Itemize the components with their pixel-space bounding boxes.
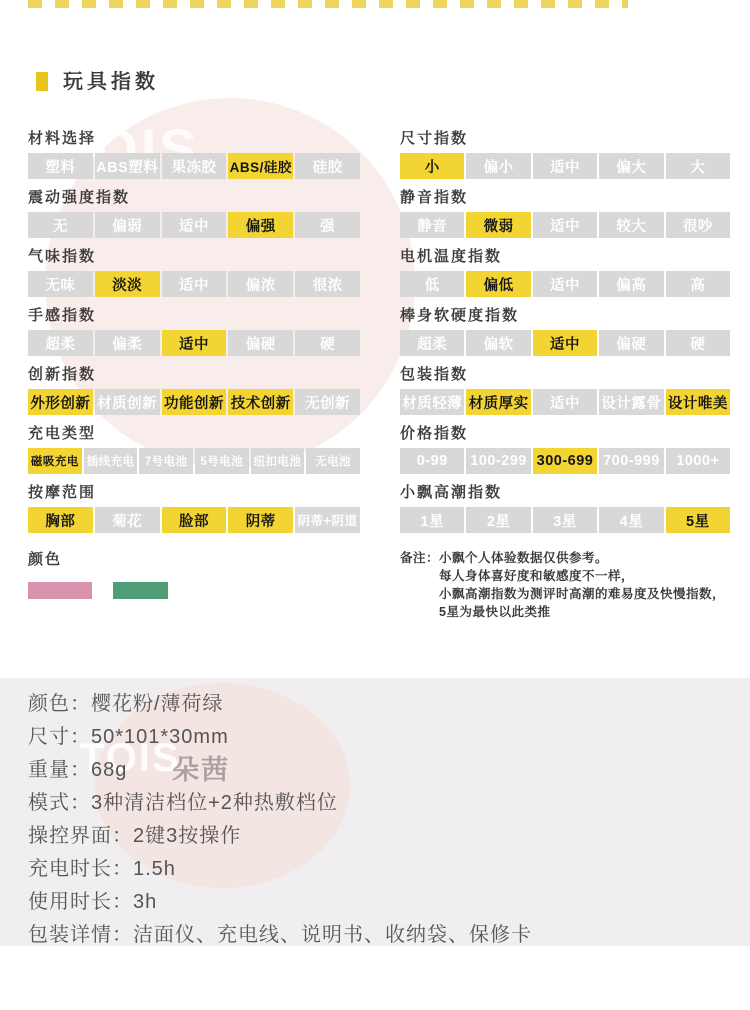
index-option: 无电池 xyxy=(306,448,360,474)
option-row: 超柔偏软适中偏硬硬 xyxy=(400,330,730,356)
section-label: 静音指数 xyxy=(400,189,730,207)
spec-line: 包装详情：洁面仪、充电线、说明书、收纳袋、保修卡 xyxy=(28,919,532,946)
index-option: 偏浓 xyxy=(228,271,293,297)
index-option: 偏柔 xyxy=(95,330,160,356)
index-option: 适中 xyxy=(533,153,597,179)
index-option: 材质创新 xyxy=(95,389,160,415)
index-option: 5号电池 xyxy=(195,448,249,474)
index-option-selected: 适中 xyxy=(162,330,227,356)
option-row: 塑料ABS塑料果冻胶ABS/硅胶硅胶 xyxy=(28,153,360,179)
option-row: 低偏低适中偏高高 xyxy=(400,271,730,297)
index-option: 0-99 xyxy=(400,448,464,474)
option-row: 超柔偏柔适中偏硬硬 xyxy=(28,330,360,356)
note-line: 小飘个人体验数据仅供参考。 xyxy=(439,549,725,567)
index-option-selected: 300-699 xyxy=(533,448,597,474)
index-option: 偏弱 xyxy=(95,212,160,238)
index-option: 塑料 xyxy=(28,153,93,179)
page-title: 玩具指数 xyxy=(63,70,159,94)
index-option: 偏大 xyxy=(599,153,663,179)
index-option: 无创新 xyxy=(295,389,360,415)
color-swatch-row xyxy=(28,582,360,599)
note-lines: 小飘个人体验数据仅供参考。每人身体喜好度和敏感度不一样，小飘高潮指数为测评时高潮… xyxy=(439,549,725,621)
note-line: 每人身体喜好度和敏感度不一样， xyxy=(439,567,725,585)
index-option: 较大 xyxy=(599,212,663,238)
index-option: 无味 xyxy=(28,271,93,297)
section-label: 电机温度指数 xyxy=(400,248,730,266)
index-option-selected: 小 xyxy=(400,153,464,179)
section-label: 小飘高潮指数 xyxy=(400,484,730,502)
index-option: 偏硬 xyxy=(599,330,663,356)
note-prefix: 备注： xyxy=(400,549,439,621)
index-option: 低 xyxy=(400,271,464,297)
index-option-selected: 阴蒂 xyxy=(228,507,293,533)
index-option: 4星 xyxy=(599,507,663,533)
index-option: 偏硬 xyxy=(228,330,293,356)
section-label: 尺寸指数 xyxy=(400,130,730,148)
spec-line: 尺寸：50*101*30mm xyxy=(28,721,532,754)
spec-line: 重量：68g xyxy=(28,754,532,787)
index-option-selected: 功能创新 xyxy=(162,389,227,415)
index-option: 超柔 xyxy=(400,330,464,356)
index-option: 很吵 xyxy=(666,212,730,238)
spec-line: 使用时长：3h xyxy=(28,886,532,919)
index-option: 硬 xyxy=(666,330,730,356)
index-option: 强 xyxy=(295,212,360,238)
swatch-green xyxy=(113,582,168,599)
option-row: 1星2星3星4星5星 xyxy=(400,507,730,533)
index-option: 适中 xyxy=(162,212,227,238)
index-option-selected: 磁吸充电 xyxy=(28,448,82,474)
index-option: 7号电池 xyxy=(139,448,193,474)
index-option-selected: 材质厚实 xyxy=(466,389,530,415)
index-option-selected: ABS/硅胶 xyxy=(228,153,293,179)
index-option: 大 xyxy=(666,153,730,179)
option-row: 磁吸充电插线充电7号电池5号电池纽扣电池无电池 xyxy=(28,448,360,474)
index-option-selected: 外形创新 xyxy=(28,389,93,415)
index-option: 插线充电 xyxy=(84,448,138,474)
index-option-selected: 5星 xyxy=(666,507,730,533)
infographic-page: TOIS 玩具指数 材料选择塑料ABS塑料果冻胶ABS/硅胶硅胶震动强度指数无偏… xyxy=(0,0,750,1010)
index-option: 100-299 xyxy=(466,448,530,474)
index-option: 阴蒂+阴道 xyxy=(295,507,360,533)
index-option: 静音 xyxy=(400,212,464,238)
section-label: 震动强度指数 xyxy=(28,189,360,207)
index-option-selected: 适中 xyxy=(533,330,597,356)
index-option: 适中 xyxy=(533,389,597,415)
note-line: 小飘高潮指数为测评时高潮的难易度及快慢指数， xyxy=(439,585,725,603)
index-option: 超柔 xyxy=(28,330,93,356)
color-section-label: 颜色 xyxy=(28,551,360,569)
index-option: 很浓 xyxy=(295,271,360,297)
swatch-pink xyxy=(28,582,92,599)
section-label: 手感指数 xyxy=(28,307,360,325)
index-option-selected: 偏低 xyxy=(466,271,530,297)
left-column: 材料选择塑料ABS塑料果冻胶ABS/硅胶硅胶震动强度指数无偏弱适中偏强强气味指数… xyxy=(28,130,360,599)
spec-panel: TOIS 朵茜 颜色：樱花粉/薄荷绿尺寸：50*101*30mm重量：68g模式… xyxy=(0,678,750,946)
index-option: 菊花 xyxy=(95,507,160,533)
index-option: 适中 xyxy=(533,271,597,297)
section-label: 棒身软硬度指数 xyxy=(400,307,730,325)
option-row: 0-99100-299300-699700-9991000+ xyxy=(400,448,730,474)
index-option: 1星 xyxy=(400,507,464,533)
index-option: 偏高 xyxy=(599,271,663,297)
section-header: 玩具指数 xyxy=(36,70,159,94)
section-label: 气味指数 xyxy=(28,248,360,266)
spec-line: 颜色：樱花粉/薄荷绿 xyxy=(28,688,532,721)
index-option: 高 xyxy=(666,271,730,297)
option-row: 无味淡淡适中偏浓很浓 xyxy=(28,271,360,297)
index-option: 无 xyxy=(28,212,93,238)
section-label: 包装指数 xyxy=(400,366,730,384)
index-option-selected: 脸部 xyxy=(162,507,227,533)
option-row: 外形创新材质创新功能创新技术创新无创新 xyxy=(28,389,360,415)
option-row: 胸部菊花脸部阴蒂阴蒂+阴道 xyxy=(28,507,360,533)
index-option: 硅胶 xyxy=(295,153,360,179)
note-block: 备注： 小飘个人体验数据仅供参考。每人身体喜好度和敏感度不一样，小飘高潮指数为测… xyxy=(400,549,730,621)
option-row: 材质轻薄材质厚实适中设计露骨设计唯美 xyxy=(400,389,730,415)
index-option-selected: 偏强 xyxy=(228,212,293,238)
index-option: 偏小 xyxy=(466,153,530,179)
index-option-selected: 胸部 xyxy=(28,507,93,533)
option-row: 静音微弱适中较大很吵 xyxy=(400,212,730,238)
index-option: 1000+ xyxy=(666,448,730,474)
section-label: 价格指数 xyxy=(400,425,730,443)
option-row: 无偏弱适中偏强强 xyxy=(28,212,360,238)
spec-line: 模式：3种清洁档位+2种热敷档位 xyxy=(28,787,532,820)
option-row: 小偏小适中偏大大 xyxy=(400,153,730,179)
title-bullet-icon xyxy=(36,72,48,91)
index-option: 材质轻薄 xyxy=(400,389,464,415)
index-option: 果冻胶 xyxy=(162,153,227,179)
index-option: 700-999 xyxy=(599,448,663,474)
index-option: 硬 xyxy=(295,330,360,356)
spec-line: 充电时长：1.5h xyxy=(28,853,532,886)
spec-list: 颜色：樱花粉/薄荷绿尺寸：50*101*30mm重量：68g模式：3种清洁档位+… xyxy=(28,688,532,946)
index-option-selected: 淡淡 xyxy=(95,271,160,297)
index-option: 2星 xyxy=(466,507,530,533)
section-label: 材料选择 xyxy=(28,130,360,148)
section-label: 充电类型 xyxy=(28,425,360,443)
section-label: 创新指数 xyxy=(28,366,360,384)
index-option: 适中 xyxy=(533,212,597,238)
right-column: 尺寸指数小偏小适中偏大大静音指数静音微弱适中较大很吵电机温度指数低偏低适中偏高高… xyxy=(400,130,730,621)
index-option-selected: 微弱 xyxy=(466,212,530,238)
index-option: 3星 xyxy=(533,507,597,533)
note-line: 5星为最快以此类推 xyxy=(439,603,725,621)
index-option: 设计露骨 xyxy=(599,389,663,415)
index-option: ABS塑料 xyxy=(95,153,160,179)
top-edge-decor xyxy=(28,0,628,8)
index-option: 偏软 xyxy=(466,330,530,356)
spec-line: 操控界面：2键3按操作 xyxy=(28,820,532,853)
index-option: 适中 xyxy=(162,271,227,297)
index-option-selected: 设计唯美 xyxy=(666,389,730,415)
section-label: 按摩范围 xyxy=(28,484,360,502)
index-option: 纽扣电池 xyxy=(251,448,305,474)
index-option-selected: 技术创新 xyxy=(228,389,293,415)
